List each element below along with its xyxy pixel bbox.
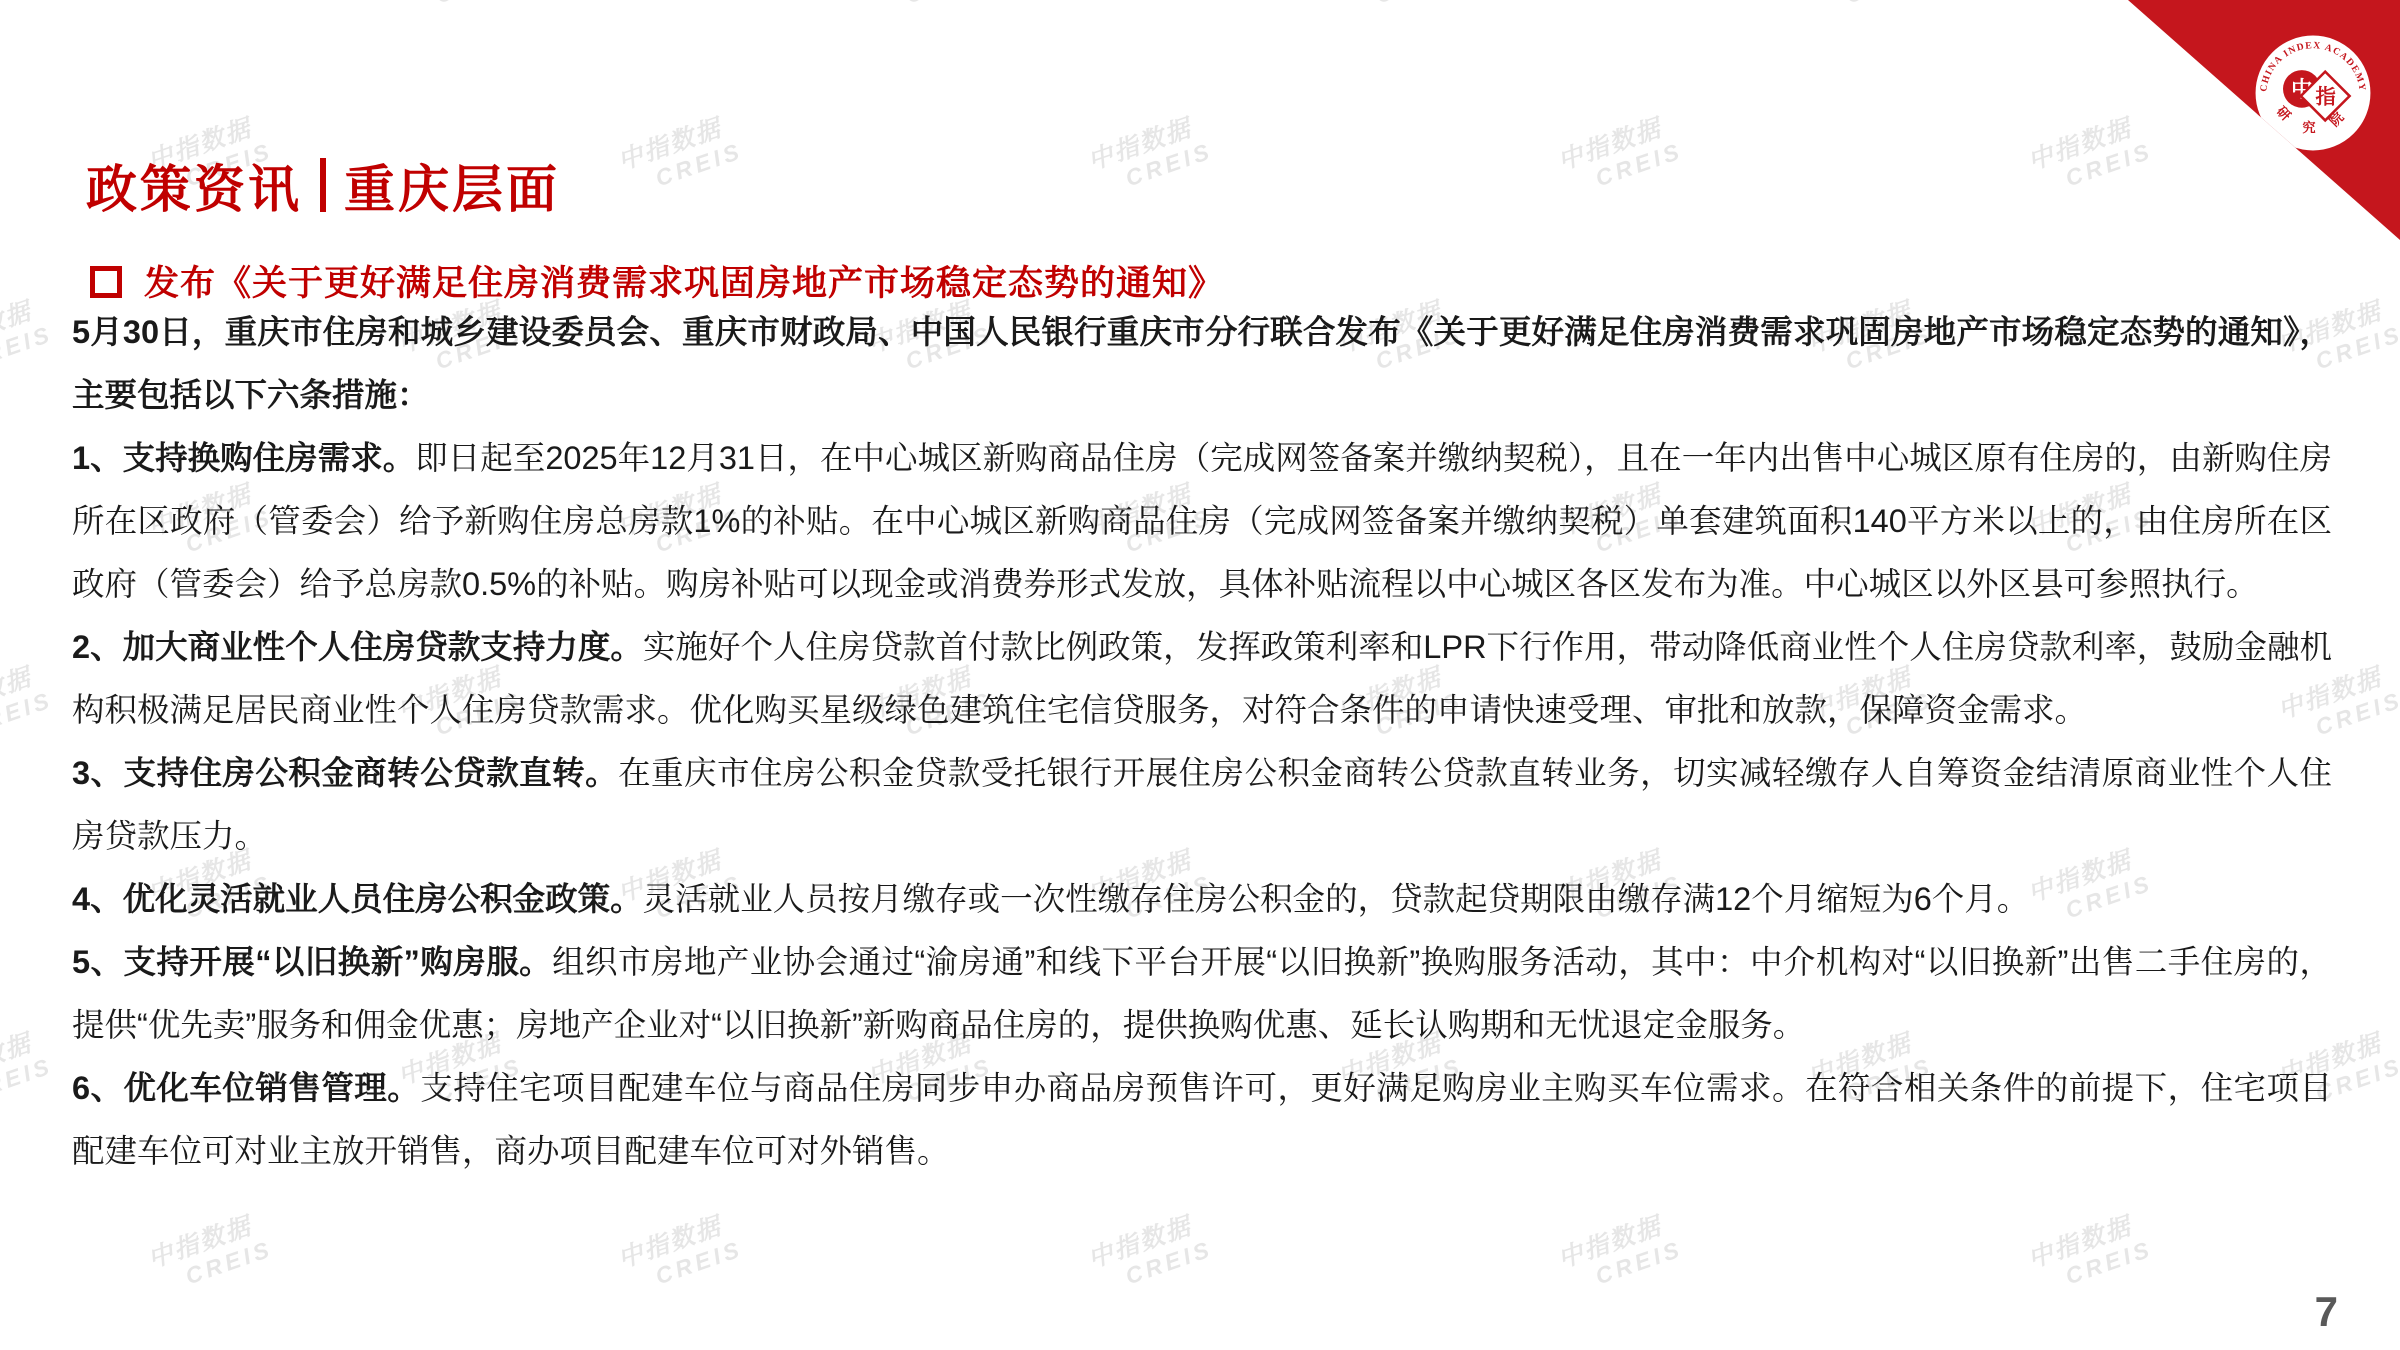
logo-center-sub-char: 指 [2316,85,2336,109]
creis-watermark: 中指数据CREIS [0,0,56,18]
creis-watermark: 中指数据CREIS [1804,0,1936,18]
corner-ribbon: CHINA INDEX ACADEMY 研 究 院 中 指 [2128,0,2400,240]
creis-watermark: 中指数据CREIS [144,1208,276,1299]
measure-item: 1、支持换购住房需求。即日起至2025年12月31日，在中心城区新购商品住房（完… [72,427,2332,616]
measure-lead: 2、加大商业性个人住房贷款支持力度。 [72,629,643,665]
notice-heading: 发布《关于更好满足住房消费需求巩固房地产市场稳定态势的通知》 [90,256,1224,306]
creis-watermark: 中指数据CREIS [0,293,56,384]
creis-watermark: 中指数据CREIS [614,110,746,201]
page-number: 7 [2315,1288,2338,1336]
intro-paragraph: 5月30日，重庆市住房和城乡建设委员会、重庆市财政局、中国人民银行重庆市分行联合… [72,301,2332,427]
page-title-right: 重庆层面 [344,148,560,222]
china-index-academy-logo-icon: CHINA INDEX ACADEMY 研 究 院 中 指 [2252,32,2374,154]
notice-body: 5月30日，重庆市住房和城乡建设委员会、重庆市财政局、中国人民银行重庆市分行联合… [72,301,2332,1183]
measure-item: 6、优化车位销售管理。支持住宅项目配建车位与商品住房同步申办商品房预售许可，更好… [72,1057,2332,1183]
creis-watermark: 中指数据CREIS [864,0,996,18]
title-divider [320,158,326,212]
creis-watermark: 中指数据CREIS [1334,0,1466,18]
square-bullet-icon [90,266,122,298]
measure-item: 2、加大商业性个人住房贷款支持力度。实施好个人住房贷款首付款比例政策，发挥政策利… [72,616,2332,742]
page-title-left: 政策资讯 [86,148,302,222]
measure-item: 4、优化灵活就业人员住房公积金政策。灵活就业人员按月缴存或一次性缴存住房公积金的… [72,868,2332,931]
slide: 中指数据CREIS中指数据CREIS中指数据CREIS中指数据CREIS中指数据… [0,0,2400,1350]
measure-lead: 3、支持住房公积金商转公贷款直转。 [72,755,618,791]
creis-watermark: 中指数据CREIS [394,0,526,18]
measure-item: 3、支持住房公积金商转公贷款直转。在重庆市住房公积金贷款受托银行开展住房公积金商… [72,742,2332,868]
creis-watermark: 中指数据CREIS [1554,110,1686,201]
measure-lead: 4、优化灵活就业人员住房公积金政策。 [72,881,643,917]
creis-watermark: 中指数据CREIS [1084,1208,1216,1299]
creis-watermark: 中指数据CREIS [2024,110,2156,201]
measure-lead: 5、支持开展“以旧换新”购房服。 [72,944,552,980]
creis-watermark: 中指数据CREIS [614,1208,746,1299]
page-title: 政策资讯 重庆层面 [86,148,560,222]
creis-watermark: 中指数据CREIS [1084,110,1216,201]
creis-watermark: 中指数据CREIS [0,659,56,750]
creis-watermark: 中指数据CREIS [1554,1208,1686,1299]
measure-item: 5、支持开展“以旧换新”购房服。组织市房地产业协会通过“渝房通”和线下平台开展“… [72,931,2332,1057]
measure-lead: 6、优化车位销售管理。 [72,1070,420,1106]
measure-body: 灵活就业人员按月缴存或一次性缴存住房公积金的，贷款起贷期限由缴存满12个月缩短为… [643,881,2030,917]
creis-watermark: 中指数据CREIS [0,1025,56,1116]
notice-heading-text: 发布《关于更好满足住房消费需求巩固房地产市场稳定态势的通知》 [144,256,1224,306]
measure-lead: 1、支持换购住房需求。 [72,440,415,476]
creis-watermark: 中指数据CREIS [2024,1208,2156,1299]
